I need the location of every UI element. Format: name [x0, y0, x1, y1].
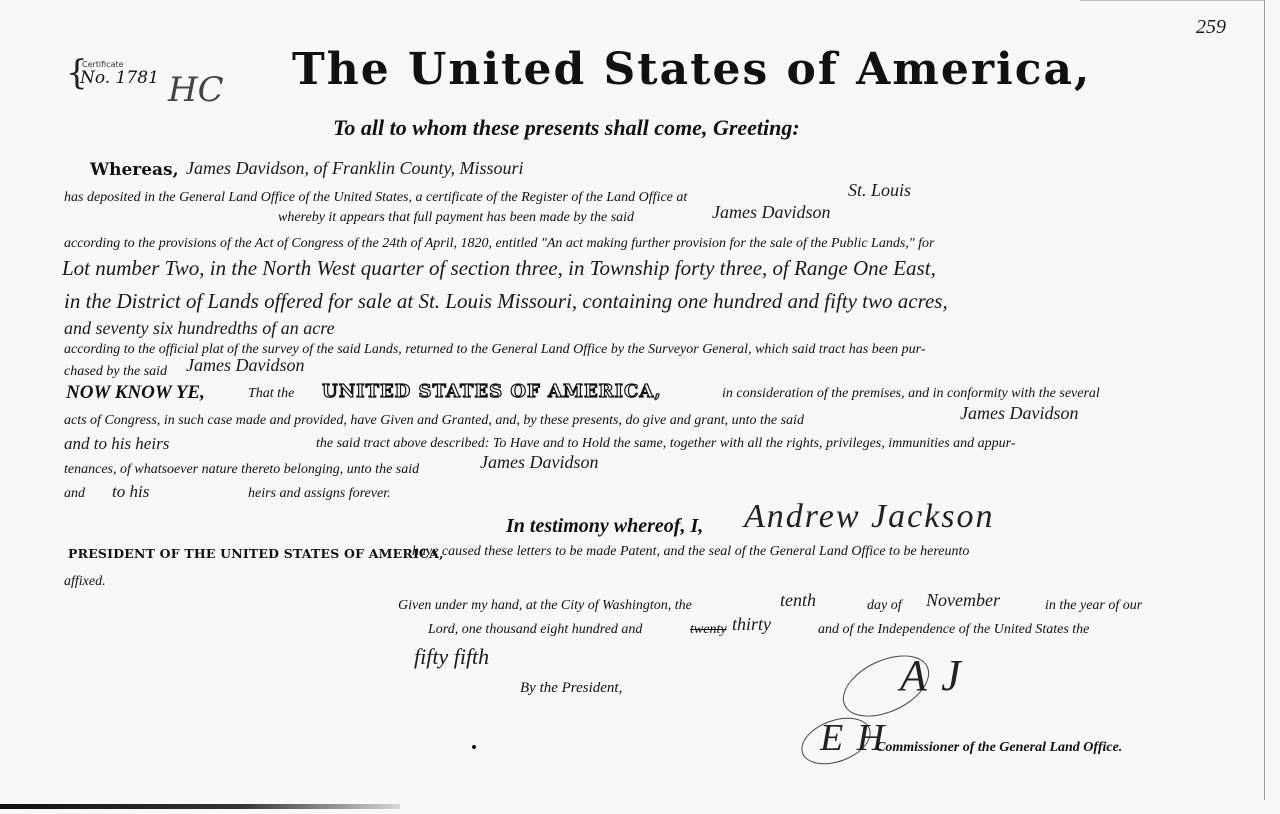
affixed-text: affixed.: [64, 574, 106, 590]
heirs-and-assigns: heirs and assigns forever.: [248, 486, 391, 502]
year-handwritten: thirty: [732, 614, 771, 635]
now-know-ye: NOW KNOW YE,: [66, 382, 205, 404]
greeting-line: To all to whom these presents shall come…: [333, 115, 800, 141]
grantee-handwritten: James Davidson, of Franklin County, Miss…: [186, 158, 523, 179]
whereas-line-2: whereby it appears that full payment has…: [278, 210, 634, 226]
purchaser-name-handwritten: James Davidson: [186, 355, 304, 376]
page-number: 259: [1196, 16, 1226, 39]
heirs-handwritten: and to his heirs: [64, 434, 169, 454]
that-the-text: That the: [248, 386, 294, 402]
month-handwritten: November: [926, 590, 1000, 611]
by-the-president: By the President,: [520, 680, 622, 697]
certificate-number: No. 1781: [80, 68, 159, 88]
land-description-line-3: and seventy six hundredths of an acre: [64, 318, 335, 339]
payer-name-handwritten: James Davidson: [712, 202, 830, 223]
page-top-border: [1080, 0, 1265, 1]
grant-line-3: the said tract above described: To Have …: [316, 436, 1016, 452]
grantee-name-handwritten: James Davidson: [960, 403, 1078, 424]
secretary-initials-signature: A J: [900, 650, 963, 701]
independence-year-handwritten: fifty fifth: [414, 644, 489, 670]
ink-dot: [472, 745, 476, 749]
land-description-line-2: in the District of Lands offered for sal…: [64, 289, 948, 314]
whereas-label: Whereas,: [90, 160, 179, 180]
given-line-1a: Given under my hand, at the City of Wash…: [398, 598, 692, 614]
and-text: and: [64, 486, 85, 502]
president-signature: Andrew Jackson: [744, 498, 995, 536]
given-line-1c: in the year of our: [1045, 598, 1142, 614]
given-line-1b: day of: [867, 598, 902, 614]
struck-year-word: twenty: [690, 622, 727, 638]
testimony-line-1: have caused these letters to be made Pat…: [412, 544, 969, 560]
commissioner-label: Commissioner of the General Land Office.: [876, 740, 1122, 756]
grant-line-2: acts of Congress, in such case made and …: [64, 413, 804, 429]
page-right-border: [1264, 0, 1265, 800]
given-line-2a: Lord, one thousand eight hundred and: [428, 622, 642, 638]
land-patent-document: 259 { Certificate No. 1781 HC The United…: [0, 0, 1280, 814]
united-states-outline-caps: UNITED STATES OF AMERICA,: [322, 381, 662, 402]
given-line-2b: and of the Independence of the United St…: [818, 622, 1089, 638]
document-title: The United States of America,: [292, 44, 1091, 95]
land-description-line-1: Lot number Two, in the North West quarte…: [62, 256, 936, 281]
handwritten-initials-mark: HC: [168, 70, 224, 110]
grant-line-1: in consideration of the premises, and in…: [722, 386, 1100, 402]
to-his-handwritten: to his: [112, 482, 149, 502]
heir-name-handwritten: James Davidson: [480, 452, 598, 473]
whereas-line-1: has deposited in the General Land Office…: [64, 190, 687, 206]
land-office-handwritten: St. Louis: [848, 180, 911, 201]
act-of-congress-line: according to the provisions of the Act o…: [64, 236, 935, 252]
grant-line-4: tenances, of whatsoever nature thereto b…: [64, 462, 419, 478]
testimony-label: In testimony whereof, I,: [506, 515, 703, 538]
page-bottom-border: [0, 804, 400, 809]
survey-line-2: chased by the said: [64, 364, 167, 380]
day-handwritten: tenth: [780, 590, 816, 611]
president-caps: PRESIDENT OF THE UNITED STATES OF AMERIC…: [68, 546, 444, 561]
